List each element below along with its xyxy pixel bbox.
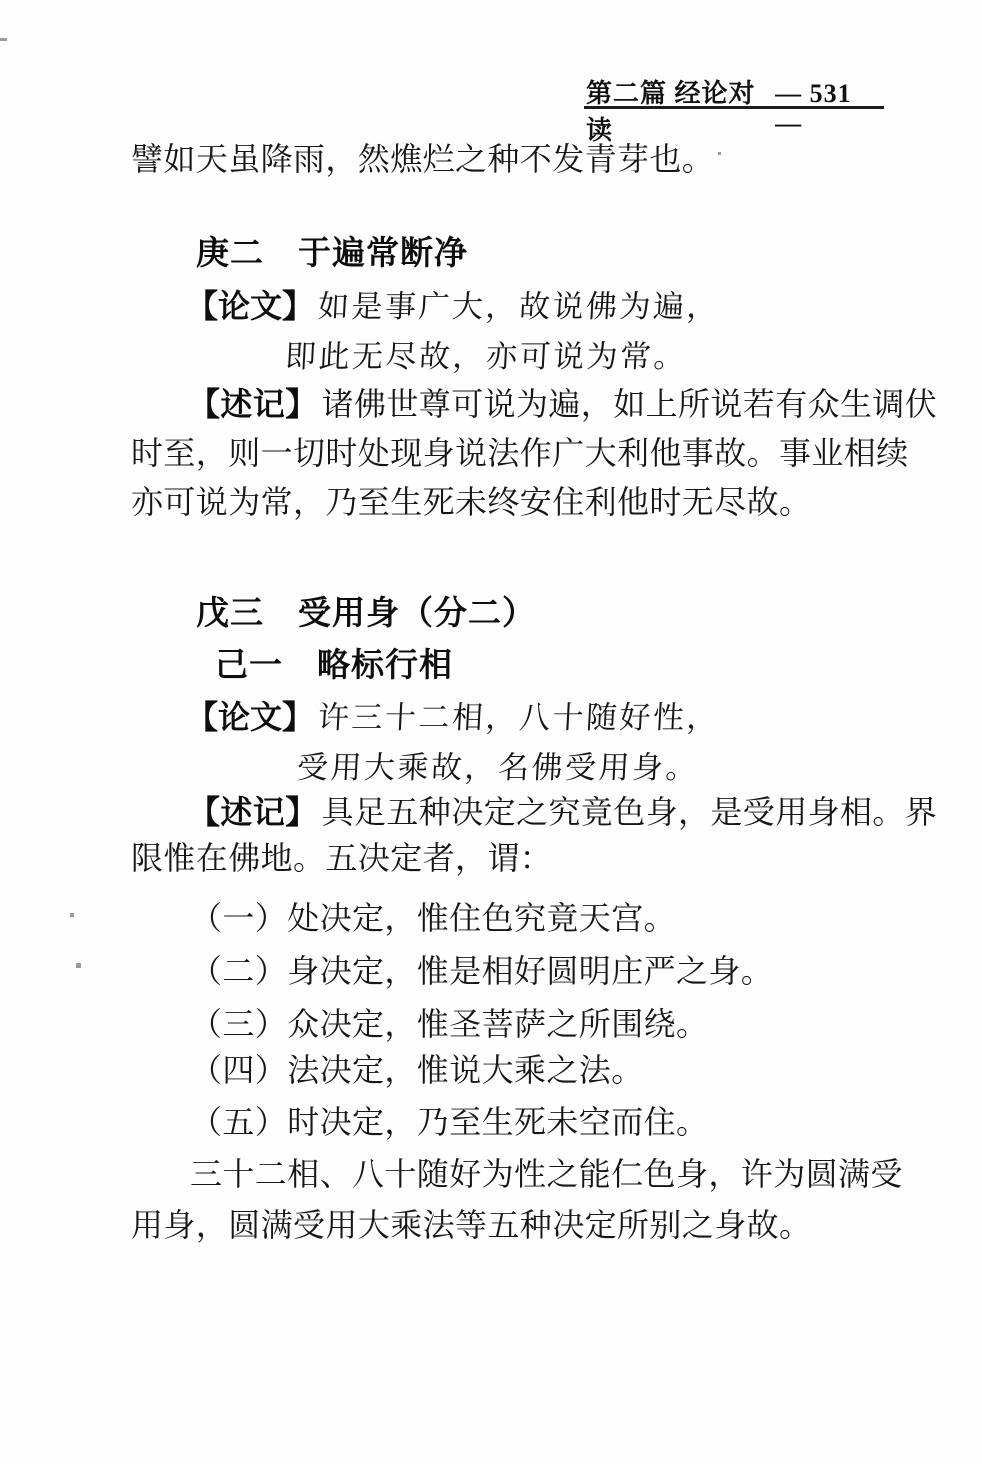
shuji-label: 【述记】	[188, 794, 318, 830]
scan-speck	[718, 152, 721, 155]
lunwen-label: 【论文】	[186, 288, 314, 324]
scan-speck	[0, 38, 7, 41]
verse-line: 受用大乘故，名佛受用身。	[296, 751, 700, 786]
list-item-3: （三）众决定，惟圣菩萨之所围绕。	[190, 1007, 708, 1043]
section-heading-wu3: 戊三 受用身（分二）	[196, 596, 536, 633]
shuji-line: 【述记】具足五种决定之究竟色身，是受用身相。界	[188, 795, 937, 831]
shuji-text: 具足五种决定之究竟色身，是受用身相。界	[322, 794, 938, 830]
verse-line: 许三十二相，八十随好性，	[317, 701, 721, 736]
lunwen-label: 【论文】	[186, 699, 314, 735]
shuji-label: 【述记】	[188, 386, 318, 422]
chapter-title: 第二篇 经论对读	[586, 73, 775, 147]
scan-speck	[76, 963, 81, 968]
list-item-1: （一）处决定，惟住色究竟天宫。	[190, 901, 676, 937]
closing-line: 三十二相、八十随好为性之能仁色身，许为圆满受	[190, 1157, 903, 1193]
header-rule	[584, 106, 884, 109]
intro-line: 譬如天虽降雨，然燋烂之种不发青芽也。	[131, 142, 714, 178]
shuji-text: 诸佛世尊可说为遍，如上所说若有众生调伏	[322, 386, 938, 422]
lunwen-line: 【论文】许三十二相，八十随好性，	[186, 700, 720, 736]
shuji-line: 时至，则一切时处现身说法作广大利他事故。事业相续	[131, 436, 909, 472]
page-number-group: — 531 —	[775, 79, 882, 139]
section-subheading-ji1: 己一 略标行相	[215, 648, 453, 685]
shuji-line: 亦可说为常，乃至生死未终安住利他时无尽故。	[131, 485, 811, 521]
page-marker-left: —	[775, 79, 802, 108]
lunwen-line: 受用大乘故，名佛受用身。	[297, 750, 699, 786]
closing-line: 用身，圆满受用大乘法等五种决定所别之身故。	[131, 1208, 811, 1244]
list-item-2: （二）身决定，惟是相好圆明庄严之身。	[190, 954, 773, 990]
page-marker-right: —	[775, 109, 802, 138]
list-item-5: （五）时决定，乃至生死未空而住。	[190, 1105, 708, 1141]
page-header: 第二篇 经论对读 — 531 —	[586, 73, 882, 147]
verse-line: 即此无尽故，亦可说为常。	[284, 340, 688, 375]
list-item-4: （四）法决定，惟说大乘之法。	[190, 1053, 644, 1089]
scanned-book-page: 第二篇 经论对读 — 531 — 譬如天虽降雨，然燋烂之种不发青芽也。 庚二 于…	[0, 0, 982, 1464]
lunwen-line: 即此无尽故，亦可说为常。	[285, 339, 687, 375]
page-number: 531	[810, 79, 852, 108]
scan-speck	[70, 913, 74, 917]
lunwen-line: 【论文】如是事广大，故说佛为遍，	[186, 289, 720, 325]
shuji-line: 限惟在佛地。五决定者，谓：	[131, 841, 552, 877]
shuji-line: 【述记】诸佛世尊可说为遍，如上所说若有众生调伏	[188, 387, 937, 423]
section-heading-geng2: 庚二 于遍常断净	[196, 236, 468, 273]
verse-line: 如是事广大，故说佛为遍，	[317, 290, 721, 325]
